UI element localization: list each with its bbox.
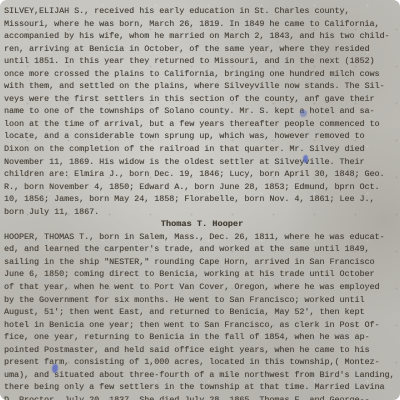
text-line: locate, and a considerable town sprung u… [4,130,400,143]
text-line: once more crossed the plains to Californ… [4,68,400,81]
text-line: ren, arriving at Benicia in October, of … [4,43,400,56]
text-line: accompanied by his wife, whom he married… [4,30,400,43]
text-line: ed, and learned the carpenter's trade, a… [4,243,400,256]
text-line: loon at the time of arrival, but a few y… [4,118,400,131]
entry-heading: Thomas T. Hooper [4,218,400,231]
text-line: of that year, when he went to Port Van C… [4,281,400,294]
text-line: R., born November 4, 1850; Edward A., bo… [4,181,400,194]
text-line: uma), and situated about three-fourth of… [4,369,400,382]
text-body: SILVEY,ELIJAH S., received his early edu… [0,5,400,400]
text-line: present farm, consisting of 1,000 acres,… [4,356,400,369]
text-line: sailing in the ship "NESTER," rounding C… [4,256,400,269]
text-line: November 11, 1869. His widow is the olde… [4,156,400,169]
text-line: there being only a few settlers in the t… [4,381,400,394]
text-line: children are: Elmira J., born Dec. 19, 1… [4,168,400,181]
text-line: born July 11, 1867. [4,206,400,219]
text-line: August, 51'; then went East, and returne… [4,306,400,319]
text-line: veys were the first settlers in this sec… [4,93,400,106]
screenshot-frame: Elijah S. Silvey SILVEY,ELIJAH S., recei… [0,0,400,400]
text-line: until 1851. In this year they returned t… [4,55,400,68]
text-line: 10, 1856; James, born May 24, 1858; Flor… [4,193,400,206]
text-line: HOOPER, THOMAS T., born in Salem, Mass.,… [4,231,400,244]
text-line: D. Proctor, July 20, 1837. She died July… [4,394,400,400]
text-line: Missouri, where he was born, March 26, 1… [4,18,400,31]
text-line: by the Government for six months. He wen… [4,294,400,307]
text-line: June 6, 1850; coming direct to Benicia, … [4,268,400,281]
text-line: with them, and settled on the plains, wh… [4,80,400,93]
text-line: hotel in Benicia one year; then went to … [4,319,400,332]
text-line: name to one of the townships of Solano c… [4,105,400,118]
text-line: SILVEY,ELIJAH S., received his early edu… [4,5,400,18]
document-page: Elijah S. Silvey SILVEY,ELIJAH S., recei… [0,0,400,400]
text-line: fice, one year, returning to Benicia in … [4,331,400,344]
text-line: Dixon on the completion of the railroad … [4,143,400,156]
text-line: pointed Postmaster, and held said office… [4,344,400,357]
